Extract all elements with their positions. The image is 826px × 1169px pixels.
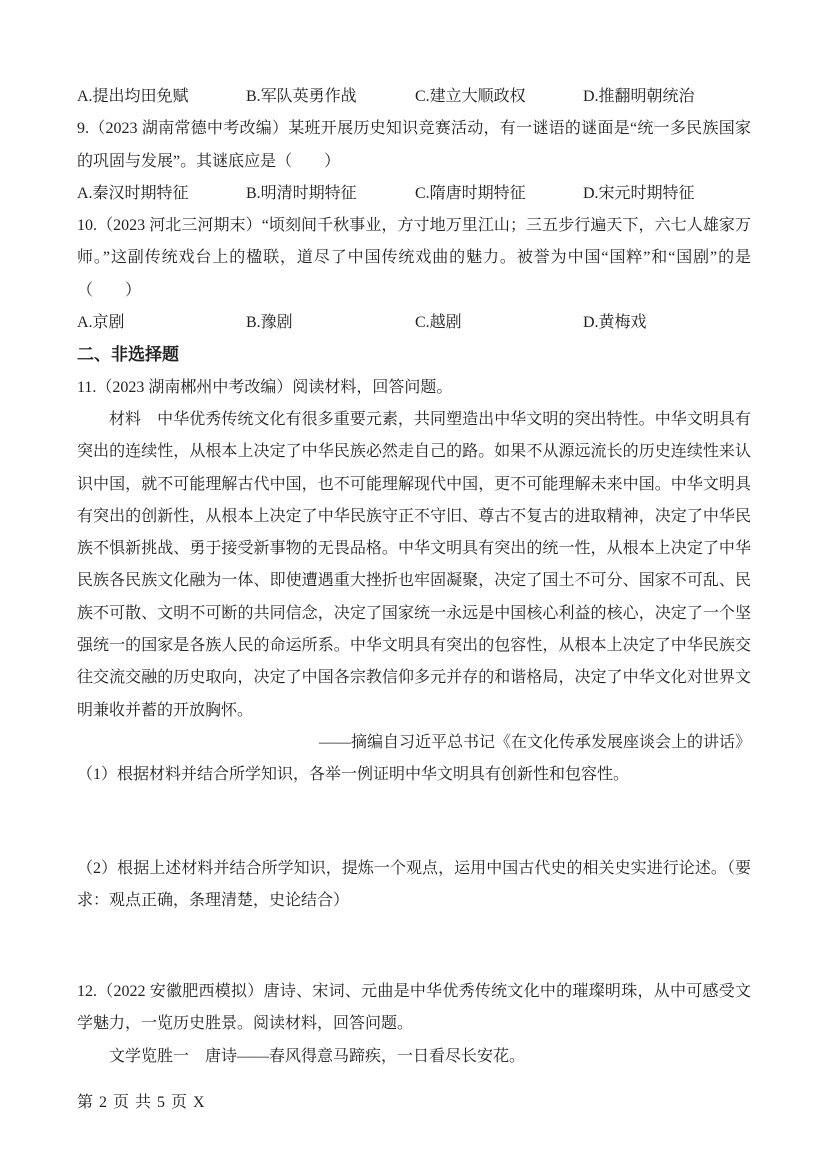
q8-option-c: C.建立大顺政权 (415, 81, 583, 113)
q8-options-row: A.提出均田免赋 B.军队英勇作战 C.建立大顺政权 D.推翻明朝统治 (77, 81, 751, 113)
q9-options-row: A.秦汉时期特征 B.明清时期特征 C.隋唐时期特征 D.宋元时期特征 (77, 178, 751, 210)
q11-subquestion-2: （2）根据上述材料并结合所学知识，提炼一个观点，运用中国古代史的相关史实进行论述… (77, 853, 751, 918)
q10-options-row: A.京剧 B.豫剧 C.越剧 D.黄梅戏 (77, 307, 751, 339)
document-page: A.提出均田免赋 B.军队英勇作战 C.建立大顺政权 D.推翻明朝统治 9.（2… (0, 0, 826, 1169)
section-heading-non-choice: 二、非选择题 (77, 339, 751, 371)
q8-option-a: A.提出均田免赋 (77, 81, 246, 113)
q10-stem: 10.（2023 河北三河期末）“顷刻间千秋事业，方寸地万里江山；三五步行遍天下… (77, 210, 751, 307)
q9-option-d: D.宋元时期特征 (583, 178, 751, 210)
q9-stem: 9.（2023 湖南常德中考改编）某班开展历史知识竞赛活动，有一谜语的谜面是“统… (77, 113, 751, 178)
q12-stem: 12.（2022 安徽肥西模拟）唐诗、宋词、元曲是中华优秀传统文化中的璀璨明珠，… (77, 976, 751, 1041)
q8-option-b: B.军队英勇作战 (246, 81, 415, 113)
q10-option-c: C.越剧 (415, 307, 583, 339)
q9-option-c: C.隋唐时期特征 (415, 178, 583, 210)
q12-material-1: 文学览胜一 唐诗——春风得意马蹄疾，一日看尽长安花。 (77, 1041, 751, 1073)
q9-option-a: A.秦汉时期特征 (77, 178, 246, 210)
q11-material-paragraph: 材料 中华优秀传统文化有很多重要元素，共同塑造出中华文明的突出特性。中华文明具有… (77, 404, 751, 727)
q10-option-d: D.黄梅戏 (583, 307, 751, 339)
page-content: A.提出均田免赋 B.军队英勇作战 C.建立大顺政权 D.推翻明朝统治 9.（2… (77, 81, 751, 1073)
q11-intro: 11.（2023 湖南郴州中考改编）阅读材料，回答问题。 (77, 372, 751, 404)
q11-material-attribution: ——摘编自习近平总书记《在文化传承发展座谈会上的讲话》 (77, 727, 751, 759)
q10-option-a: A.京剧 (77, 307, 246, 339)
q10-option-b: B.豫剧 (246, 307, 415, 339)
q11-subquestion-1: （1）根据材料并结合所学知识，各举一例证明中华文明具有创新性和包容性。 (77, 759, 751, 791)
q9-option-b: B.明清时期特征 (246, 178, 415, 210)
page-footer: 第 2 页 共 5 页 X (77, 1087, 206, 1119)
q8-option-d: D.推翻明朝统治 (583, 81, 751, 113)
